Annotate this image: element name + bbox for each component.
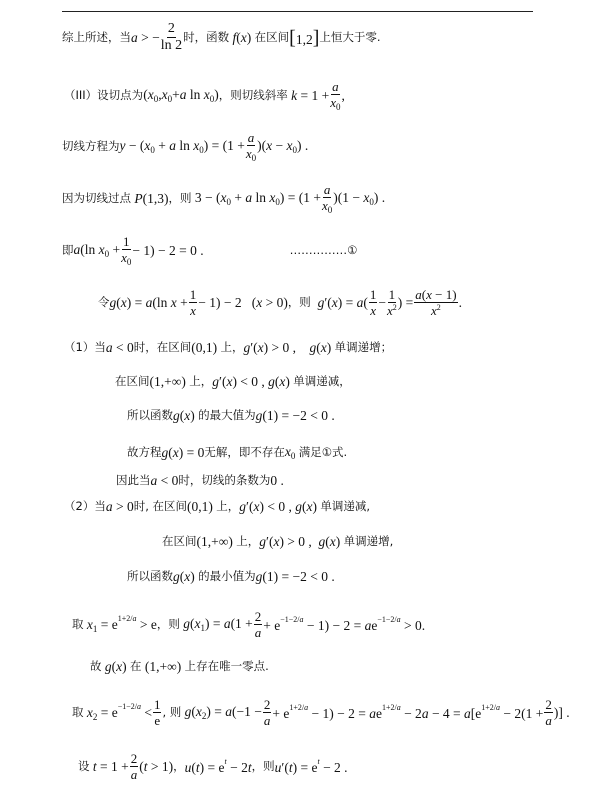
text: 单调递增, xyxy=(344,536,394,548)
text: 在区间 xyxy=(115,376,150,388)
text: 上恒大于零. xyxy=(319,32,380,44)
text: 在区间 xyxy=(255,32,290,44)
text: 的最小值为 xyxy=(198,571,256,583)
text: 在 xyxy=(130,661,142,673)
text: 上， xyxy=(220,342,243,354)
text: , 则 xyxy=(162,707,181,719)
line-equation-1: 即 a(ln x0 + 1x0 − 1) − 2 = 0 . ……………① xyxy=(62,235,357,267)
text: 即 xyxy=(62,245,74,257)
text: 在区间 xyxy=(162,536,197,548)
text: ，则切线斜率 xyxy=(219,90,288,102)
fraction: 1x xyxy=(369,288,378,317)
line-case-1-no-solution: 故方程 g(x) = 0 无解，即不存在 x0 满足①式. xyxy=(127,445,347,461)
line-case-1-interval: 在区间 (1,+∞) 上， g′(x) < 0 , g(x) 单调递减， xyxy=(115,375,351,389)
fraction: 1e xyxy=(153,698,162,727)
line-define-g: 令 g(x) = a(ln x + 1x − 1) − 2 (x > 0) ，则… xyxy=(98,288,462,317)
fraction: 1x0 xyxy=(121,235,131,267)
line-case-2: （2）当 a > 0 时, 在区间 (0,1) 上， g′(x) < 0 , g… xyxy=(64,500,370,514)
text: 取 xyxy=(72,619,84,631)
text: 所以函数 xyxy=(127,571,173,583)
line-tangent-equation: 切线方程为 y − (x0 + a ln x0) = (1 + ax0 )(x … xyxy=(62,131,308,163)
text: 时，在区间 xyxy=(134,342,192,354)
text: ，则 xyxy=(157,619,180,631)
text: ，则 xyxy=(252,761,275,773)
line-case-2-interval: 在区间 (1,+∞) 上， g′(x) > 0 , g(x) 单调递增, xyxy=(162,535,393,549)
text: ， xyxy=(173,761,185,773)
line-through-point: 因为切线过点 P(1,3) ，则 3 − (x0 + a ln x0) = (1… xyxy=(62,183,385,215)
text: 的最大值为 xyxy=(198,410,256,422)
text: 无解，即不存在 xyxy=(204,447,285,459)
fraction: ax0 xyxy=(330,80,340,112)
text: 上， xyxy=(189,376,212,388)
line-case-1: （1）当 a < 0 时，在区间 (0,1) 上， g′(x) > 0 , g(… xyxy=(64,341,392,355)
line-define-t: 设 t = 1 + 2a (t > 1) ， u(t) = et − 2t ，则… xyxy=(78,752,348,781)
text: 设 xyxy=(78,761,90,773)
text: 时，切线的条数为 xyxy=(178,475,270,487)
text: 综上所述，当 xyxy=(62,32,131,44)
text: 单调递减, xyxy=(320,501,370,513)
text: 因为切线过点 xyxy=(62,193,131,205)
fraction: 1x xyxy=(189,288,198,317)
text: ，则 xyxy=(169,193,192,205)
line-conclusion: 综上所述，当 a > − 2ln 2 时，函数 f(x) 在区间 [1,2] 上… xyxy=(62,22,381,53)
fraction: ax0 xyxy=(322,183,332,215)
line-choose-x1: 取 x1 = e1+2/a > e ，则 g(x1) = a(1 + 2a + … xyxy=(72,610,425,639)
equation-marker: ……………① xyxy=(290,245,358,257)
text: 上存在唯一零点. xyxy=(185,661,269,673)
line-case-1-max: 所以函数 g(x) 的最大值为 g(1) = −2 < 0 . xyxy=(127,409,335,423)
text: 故 xyxy=(90,661,102,673)
text: 切线方程为 xyxy=(62,141,120,153)
text: （1）当 xyxy=(64,342,106,354)
text: 上， xyxy=(216,501,239,513)
fraction: 2a xyxy=(263,698,272,727)
fraction: 2a xyxy=(544,698,553,727)
fraction: 1x2 xyxy=(387,288,397,317)
line-part-iii: （III）设切点为 (x0,x0+a ln x0) ，则切线斜率 k = 1 +… xyxy=(64,80,345,112)
text: 因此当 xyxy=(116,475,151,487)
text: （III）设切点为 xyxy=(64,90,143,102)
text: 故方程 xyxy=(127,447,162,459)
fraction: ax0 xyxy=(246,131,256,163)
line-choose-x2: 取 x2 = e−1−2/a < 1e , 则 g(x2) = a(−1 − 2… xyxy=(72,698,570,727)
text: 时，函数 xyxy=(183,32,229,44)
text: 满足①式. xyxy=(299,447,347,459)
text: 所以函数 xyxy=(127,410,173,422)
fraction: 2a xyxy=(254,610,263,639)
text: 时, 在区间 xyxy=(134,501,187,513)
line-case-2-min: 所以函数 g(x) 的最小值为 g(1) = −2 < 0 . xyxy=(127,570,335,584)
fraction: 2ln 2 xyxy=(161,22,182,53)
text: 单调递减， xyxy=(293,376,351,388)
text: 上， xyxy=(236,536,259,548)
fraction: a(x − 1)x2 xyxy=(414,288,457,317)
text: （2）当 xyxy=(64,501,106,513)
fraction: 2a xyxy=(130,752,139,781)
text: ，则 xyxy=(288,297,311,309)
text: 令 xyxy=(98,297,110,309)
top-rule xyxy=(62,11,533,12)
text: 取 xyxy=(72,707,84,719)
line-case-1-conclusion: 因此当 a < 0 时，切线的条数为 0 . xyxy=(116,474,284,488)
text: 单调递增； xyxy=(335,342,393,354)
line-unique-zero: 故 g(x) 在 (1,+∞) 上存在唯一零点. xyxy=(90,660,269,674)
